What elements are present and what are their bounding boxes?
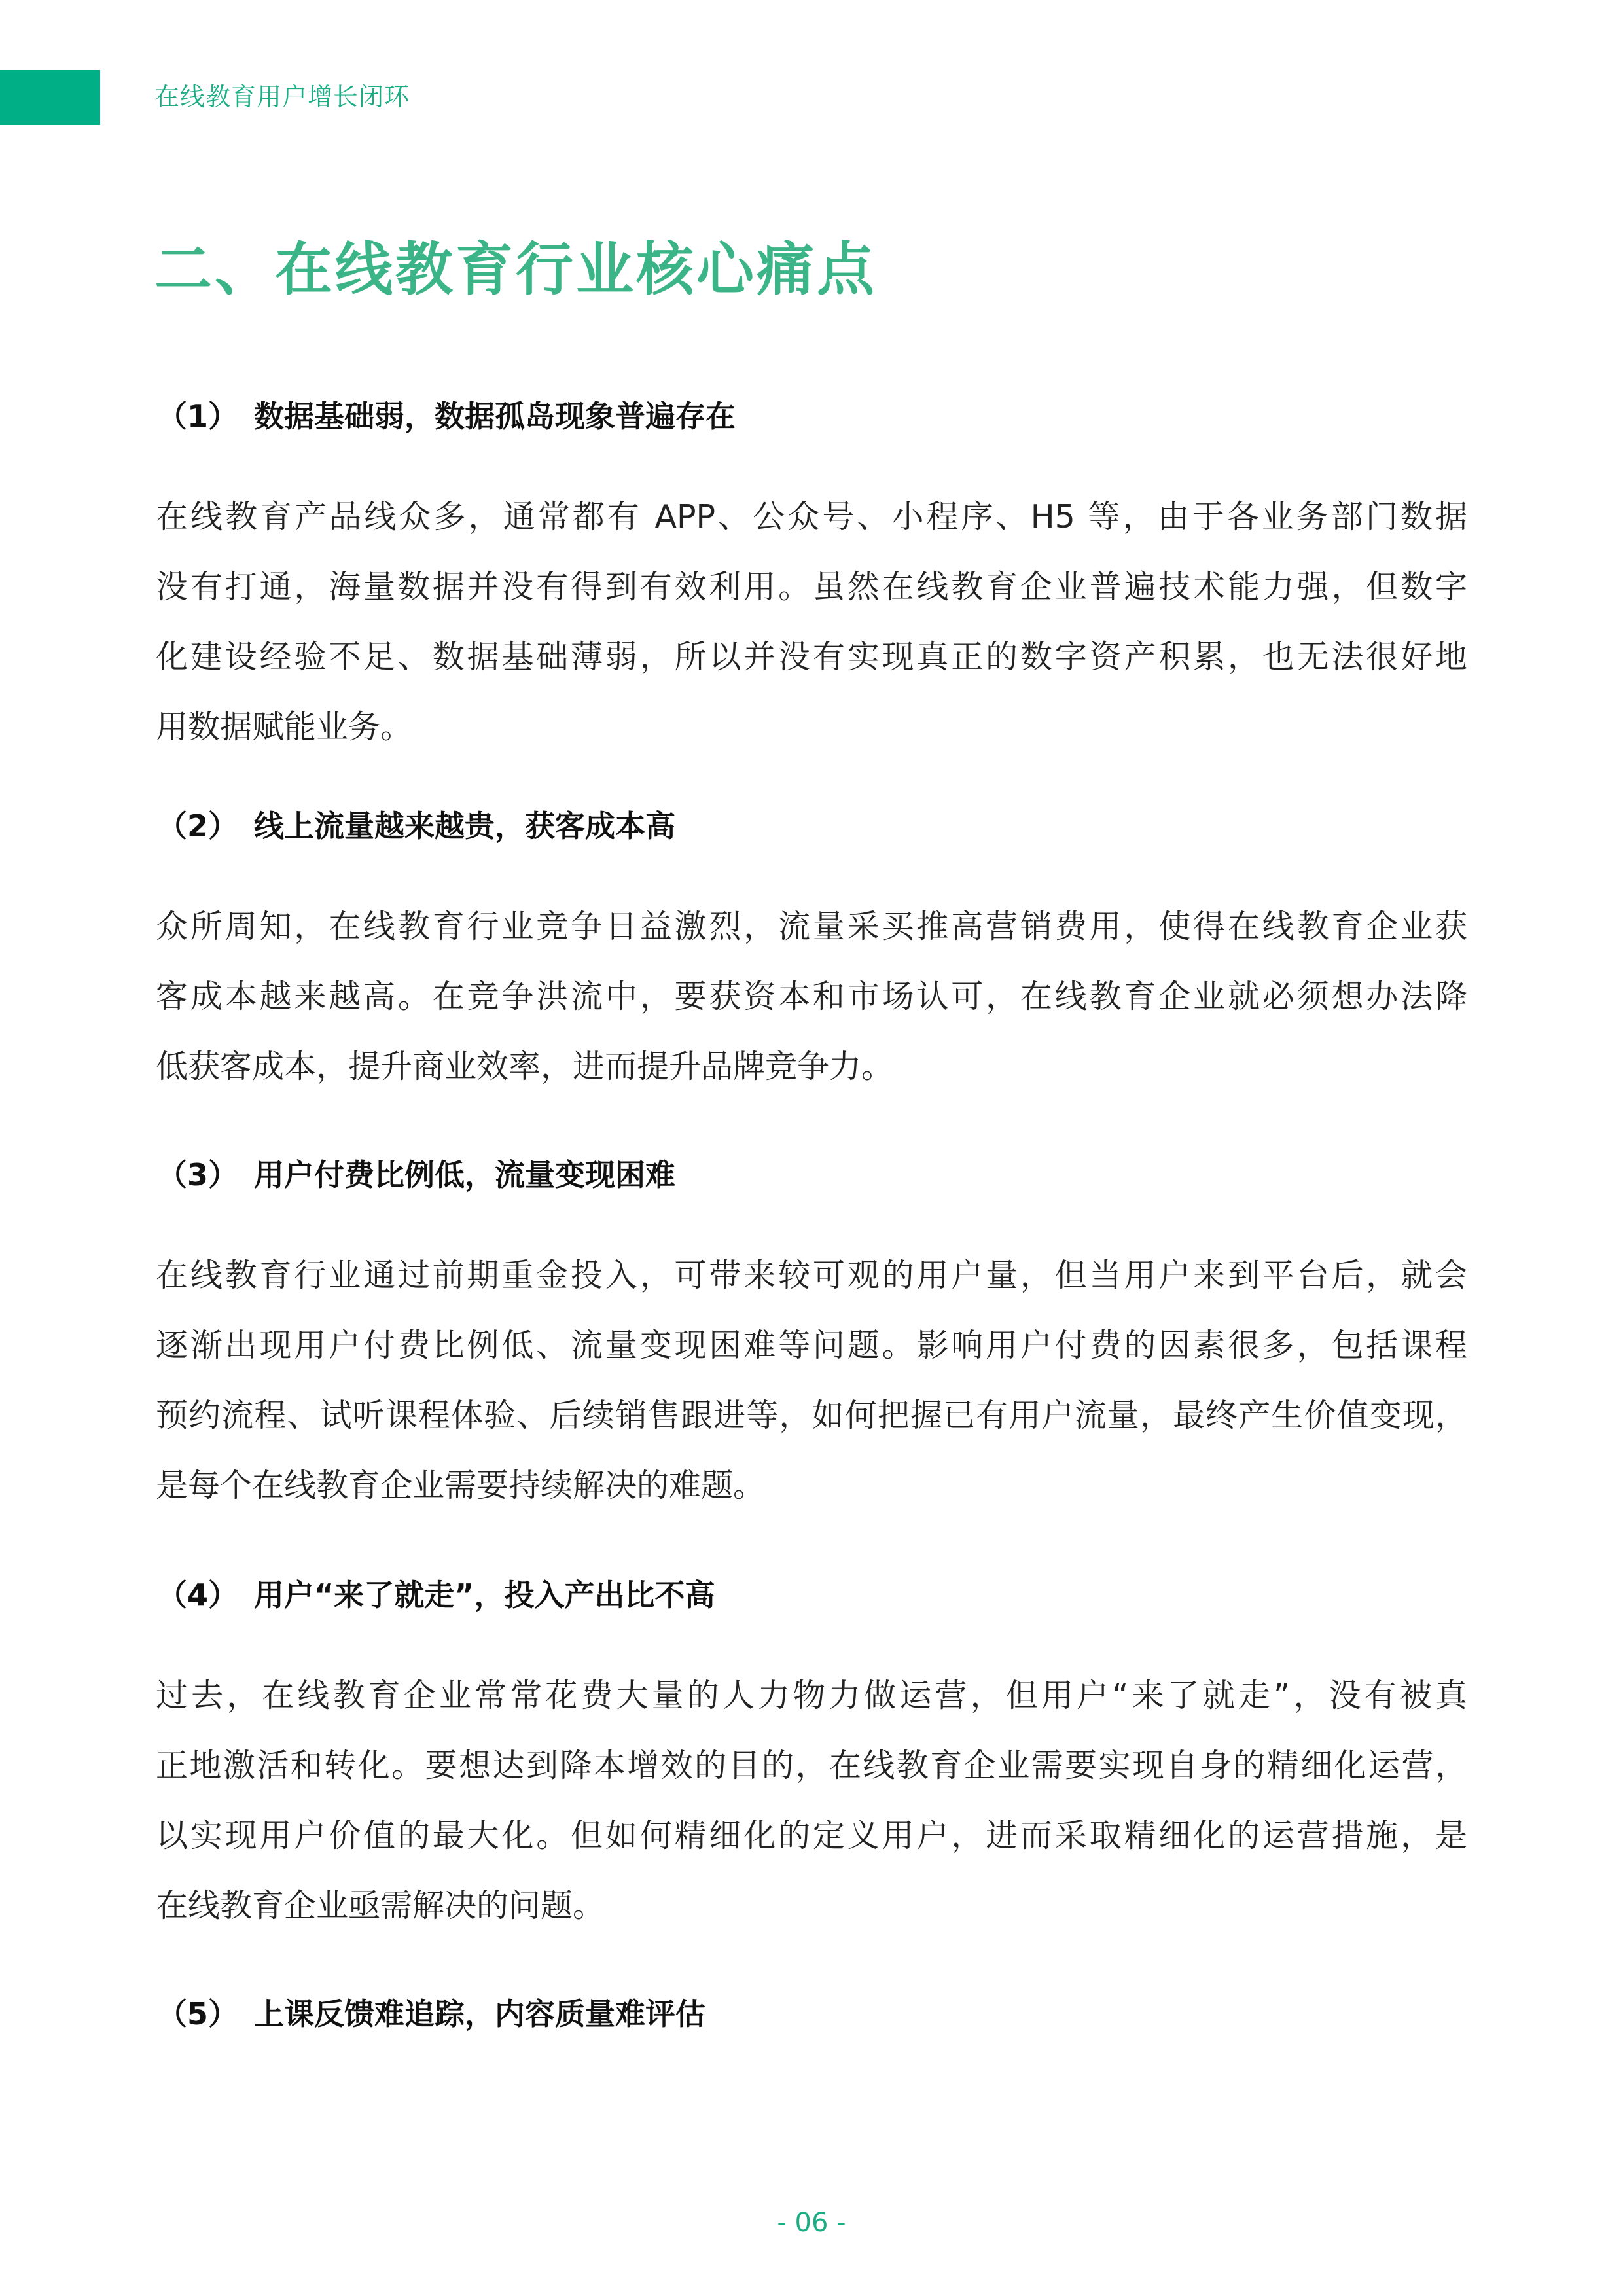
paragraph-line: 预约流程、试听课程体验、后续销售跟进等，如何把握已有用户流量，最终产生价值变现，: [156, 1380, 1467, 1450]
paragraph-line: 在线教育行业通过前期重金投入，可带来较可观的用户量，但当用户来到平台后，就会: [156, 1240, 1467, 1310]
section-heading-3: （3）用户付费比例低，流量变现困难: [157, 1154, 675, 1196]
header-accent-bar: [0, 70, 100, 125]
page-title: 二、在线教育行业核心痛点: [154, 230, 877, 309]
section-heading-text: 用户“来了就走”，投入产出比不高: [254, 1577, 715, 1613]
paragraph-line: 用数据赋能业务。: [156, 692, 1467, 762]
section-heading-1: （1）数据基础弱，数据孤岛现象普遍存在: [157, 395, 736, 437]
section-heading-text: 数据基础弱，数据孤岛现象普遍存在: [254, 399, 736, 434]
paragraph-line: 众所周知，在线教育行业竞争日益激烈，流量采买推高营销费用，使得在线教育企业获: [156, 891, 1467, 961]
paragraph-line: 是每个在线教育企业需要持续解决的难题。: [156, 1450, 1467, 1520]
section-heading-text: 用户付费比例低，流量变现困难: [254, 1157, 675, 1193]
section-number: （4）: [157, 1574, 254, 1616]
section-heading-text: 上课反馈难追踪，内容质量难评估: [254, 1996, 705, 2032]
section-number: （2）: [157, 805, 254, 847]
paragraph-line: 没有打通，海量数据并没有得到有效利用。虽然在线教育企业普遍技术能力强，但数字: [156, 552, 1467, 622]
section-heading-5: （5）上课反馈难追踪，内容质量难评估: [157, 1993, 705, 2035]
page-number: - 06 -: [0, 2204, 1623, 2241]
paragraph-line: 逐渐出现用户付费比例低、流量变现困难等问题。影响用户付费的因素很多，包括课程: [156, 1310, 1467, 1380]
paragraph-line: 在线教育产品线众多，通常都有 APP、公众号、小程序、H5 等，由于各业务部门数…: [156, 482, 1467, 552]
section-heading-text: 线上流量越来越贵，获客成本高: [254, 808, 675, 844]
section-paragraph-1: 在线教育产品线众多，通常都有 APP、公众号、小程序、H5 等，由于各业务部门数…: [156, 482, 1467, 762]
section-paragraph-3: 在线教育行业通过前期重金投入，可带来较可观的用户量，但当用户来到平台后，就会 逐…: [156, 1240, 1467, 1520]
section-number: （1）: [157, 395, 254, 437]
section-heading-4: （4）用户“来了就走”，投入产出比不高: [157, 1574, 715, 1616]
paragraph-line: 低获客成本，提升商业效率，进而提升品牌竞争力。: [156, 1031, 1467, 1102]
section-number: （5）: [157, 1993, 254, 2035]
paragraph-line: 在线教育企业亟需解决的问题。: [156, 1871, 1467, 1941]
section-heading-2: （2）线上流量越来越贵，获客成本高: [157, 805, 675, 847]
section-paragraph-2: 众所周知，在线教育行业竞争日益激烈，流量采买推高营销费用，使得在线教育企业获 客…: [156, 891, 1467, 1102]
section-number: （3）: [157, 1154, 254, 1196]
paragraph-line: 正地激活和转化。要想达到降本增效的目的，在线教育企业需要实现自身的精细化运营，: [156, 1731, 1467, 1801]
section-paragraph-4: 过去，在线教育企业常常花费大量的人力物力做运营，但用户“来了就走”，没有被真 正…: [156, 1660, 1467, 1941]
paragraph-line: 以实现用户价值的最大化。但如何精细化的定义用户，进而采取精细化的运营措施，是: [156, 1801, 1467, 1871]
running-header-title: 在线教育用户增长闭环: [154, 80, 410, 114]
paragraph-line: 过去，在线教育企业常常花费大量的人力物力做运营，但用户“来了就走”，没有被真: [156, 1660, 1467, 1731]
paragraph-line: 化建设经验不足、数据基础薄弱，所以并没有实现真正的数字资产积累，也无法很好地: [156, 622, 1467, 692]
paragraph-line: 客成本越来越高。在竞争洪流中，要获资本和市场认可，在线教育企业就必须想办法降: [156, 961, 1467, 1031]
